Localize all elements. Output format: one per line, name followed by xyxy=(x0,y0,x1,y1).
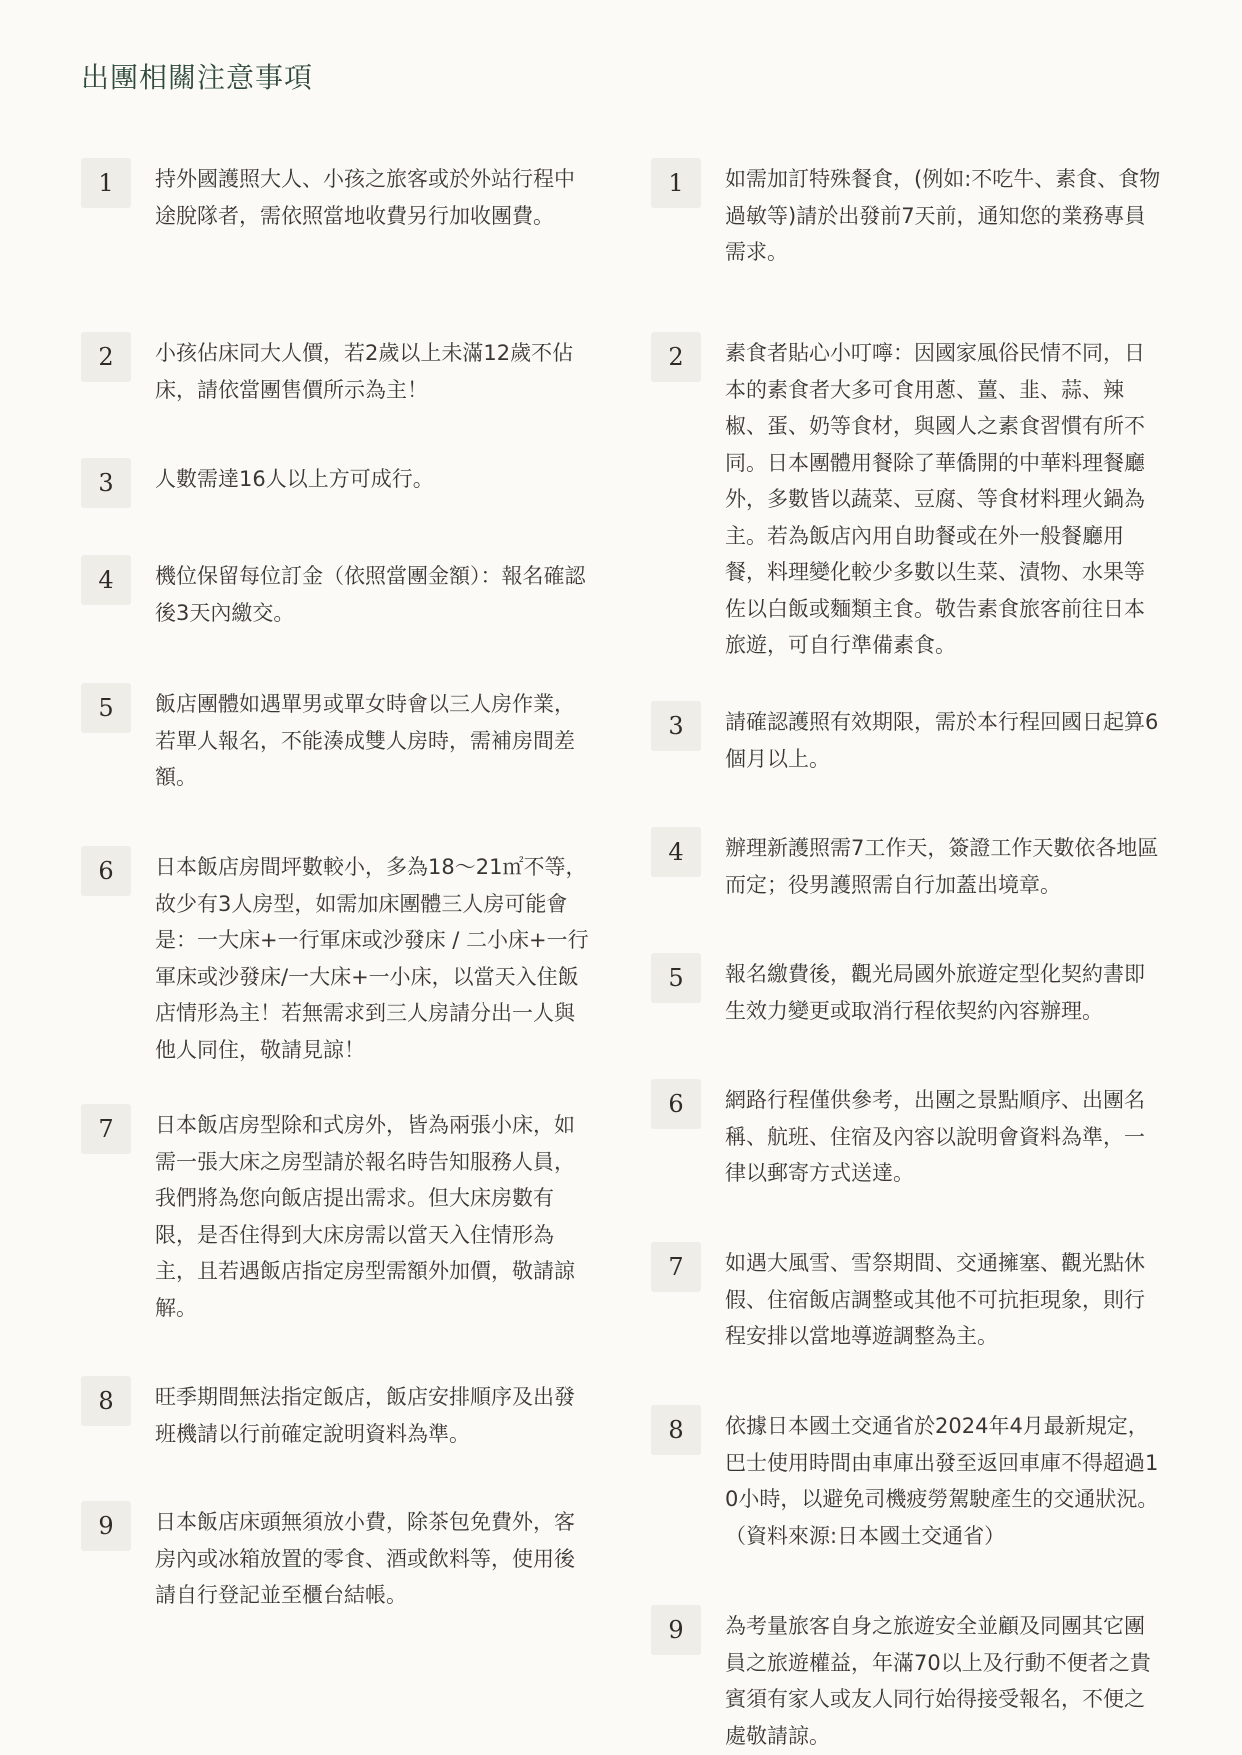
note-item: 4 辦理新護照需7工作天，簽證工作天數依各地區而定；役男護照需自行加蓋出境章。 xyxy=(651,827,1161,903)
item-number-badge: 7 xyxy=(81,1104,131,1154)
note-text: 辦理新護照需7工作天，簽證工作天數依各地區而定；役男護照需自行加蓋出境章。 xyxy=(725,830,1161,903)
item-number-badge: 6 xyxy=(651,1079,701,1129)
note-text: 日本飯店房型除和式房外，皆為兩張小床，如需一張大床之房型請於報名時告知服務人員，… xyxy=(155,1107,591,1326)
note-item: 4 機位保留每位訂金（依照當團金額）：報名確認後3天內繳交。 xyxy=(81,555,591,631)
note-item: 1 持外國護照大人、小孩之旅客或於外站行程中途脫隊者，需依照當地收費另行加收團費… xyxy=(81,158,591,234)
note-item: 5 飯店團體如遇單男或單女時會以三人房作業，若單人報名，不能湊成雙人房時，需補房… xyxy=(81,683,591,796)
note-item: 2 素食者貼心小叮嚀：因國家風俗民情不同，日本的素食者大多可食用蔥、薑、韭、蒜、… xyxy=(651,332,1161,664)
note-text: 持外國護照大人、小孩之旅客或於外站行程中途脫隊者，需依照當地收費另行加收團費。 xyxy=(155,161,591,234)
note-item: 8 依據日本國土交通省於2024年4月最新規定，巴士使用時間由車庫出發至返回車庫… xyxy=(651,1405,1161,1554)
note-item: 9 日本飯店床頭無須放小費，除茶包免費外，客房內或冰箱放置的零食、酒或飲料等，使… xyxy=(81,1501,591,1614)
item-number-badge: 1 xyxy=(651,158,701,208)
item-number-badge: 9 xyxy=(81,1501,131,1551)
item-number-badge: 7 xyxy=(651,1242,701,1292)
note-text: 日本飯店床頭無須放小費，除茶包免費外，客房內或冰箱放置的零食、酒或飲料等，使用後… xyxy=(155,1504,591,1614)
note-item: 7 日本飯店房型除和式房外，皆為兩張小床，如需一張大床之房型請於報名時告知服務人… xyxy=(81,1104,591,1326)
note-text: 旺季期間無法指定飯店，飯店安排順序及出發班機請以行前確定說明資料為準。 xyxy=(155,1379,591,1452)
item-number-badge: 5 xyxy=(81,683,131,733)
item-number-badge: 4 xyxy=(651,827,701,877)
note-text: 人數需達16人以上方可成行。 xyxy=(155,461,591,498)
note-text: 為考量旅客自身之旅遊安全並顧及同團其它團員之旅遊權益，年滿70以上及行動不便者之… xyxy=(725,1608,1161,1754)
note-item: 3 請確認護照有效期限，需於本行程回國日起算6個月以上。 xyxy=(651,701,1161,777)
item-number-badge: 2 xyxy=(81,332,131,382)
item-number-badge: 3 xyxy=(651,701,701,751)
item-number-badge: 6 xyxy=(81,846,131,896)
note-item: 5 報名繳費後，觀光局國外旅遊定型化契約書即生效力變更或取消行程依契約內容辦理。 xyxy=(651,953,1161,1029)
note-text: 飯店團體如遇單男或單女時會以三人房作業，若單人報名，不能湊成雙人房時，需補房間差… xyxy=(155,686,591,796)
note-item: 3 人數需達16人以上方可成行。 xyxy=(81,458,591,508)
note-text: 請確認護照有效期限，需於本行程回國日起算6個月以上。 xyxy=(725,704,1161,777)
item-number-badge: 8 xyxy=(81,1376,131,1426)
item-number-badge: 5 xyxy=(651,953,701,1003)
item-number-badge: 4 xyxy=(81,555,131,605)
note-text: 依據日本國土交通省於2024年4月最新規定，巴士使用時間由車庫出發至返回車庫不得… xyxy=(725,1408,1161,1554)
note-text: 日本飯店房間坪數較小，多為18～21㎡不等，故少有3人房型，如需加床團體三人房可… xyxy=(155,849,591,1068)
note-text: 網路行程僅供參考，出團之景點順序、出團名稱、航班、住宿及內容以說明會資料為準，一… xyxy=(725,1082,1161,1192)
note-item: 9 為考量旅客自身之旅遊安全並顧及同團其它團員之旅遊權益，年滿70以上及行動不便… xyxy=(651,1605,1161,1754)
page-title: 出團相關注意事項 xyxy=(81,58,313,98)
note-item: 1 如需加訂特殊餐食，(例如:不吃牛、素食、食物過敏等)請於出發前7天前，通知您… xyxy=(651,158,1161,271)
item-number-badge: 2 xyxy=(651,332,701,382)
item-number-badge: 9 xyxy=(651,1605,701,1655)
item-number-badge: 1 xyxy=(81,158,131,208)
note-text: 素食者貼心小叮嚀：因國家風俗民情不同，日本的素食者大多可食用蔥、薑、韭、蒜、辣椒… xyxy=(725,335,1161,664)
note-item: 7 如遇大風雪、雪祭期間、交通擁塞、觀光點休假、住宿飯店調整或其他不可抗拒現象，… xyxy=(651,1242,1161,1355)
note-item: 8 旺季期間無法指定飯店，飯店安排順序及出發班機請以行前確定說明資料為準。 xyxy=(81,1376,591,1452)
note-item: 6 日本飯店房間坪數較小，多為18～21㎡不等，故少有3人房型，如需加床團體三人… xyxy=(81,846,591,1068)
note-text: 如遇大風雪、雪祭期間、交通擁塞、觀光點休假、住宿飯店調整或其他不可抗拒現象，則行… xyxy=(725,1245,1161,1355)
item-number-badge: 3 xyxy=(81,458,131,508)
note-item: 2 小孩佔床同大人價，若2歲以上未滿12歲不佔床，請依當團售價所示為主！ xyxy=(81,332,591,408)
note-text: 機位保留每位訂金（依照當團金額）：報名確認後3天內繳交。 xyxy=(155,558,591,631)
note-item: 6 網路行程僅供參考，出團之景點順序、出團名稱、航班、住宿及內容以說明會資料為準… xyxy=(651,1079,1161,1192)
note-text: 小孩佔床同大人價，若2歲以上未滿12歲不佔床，請依當團售價所示為主！ xyxy=(155,335,591,408)
note-text: 報名繳費後，觀光局國外旅遊定型化契約書即生效力變更或取消行程依契約內容辦理。 xyxy=(725,956,1161,1029)
item-number-badge: 8 xyxy=(651,1405,701,1455)
note-text: 如需加訂特殊餐食，(例如:不吃牛、素食、食物過敏等)請於出發前7天前，通知您的業… xyxy=(725,161,1161,271)
